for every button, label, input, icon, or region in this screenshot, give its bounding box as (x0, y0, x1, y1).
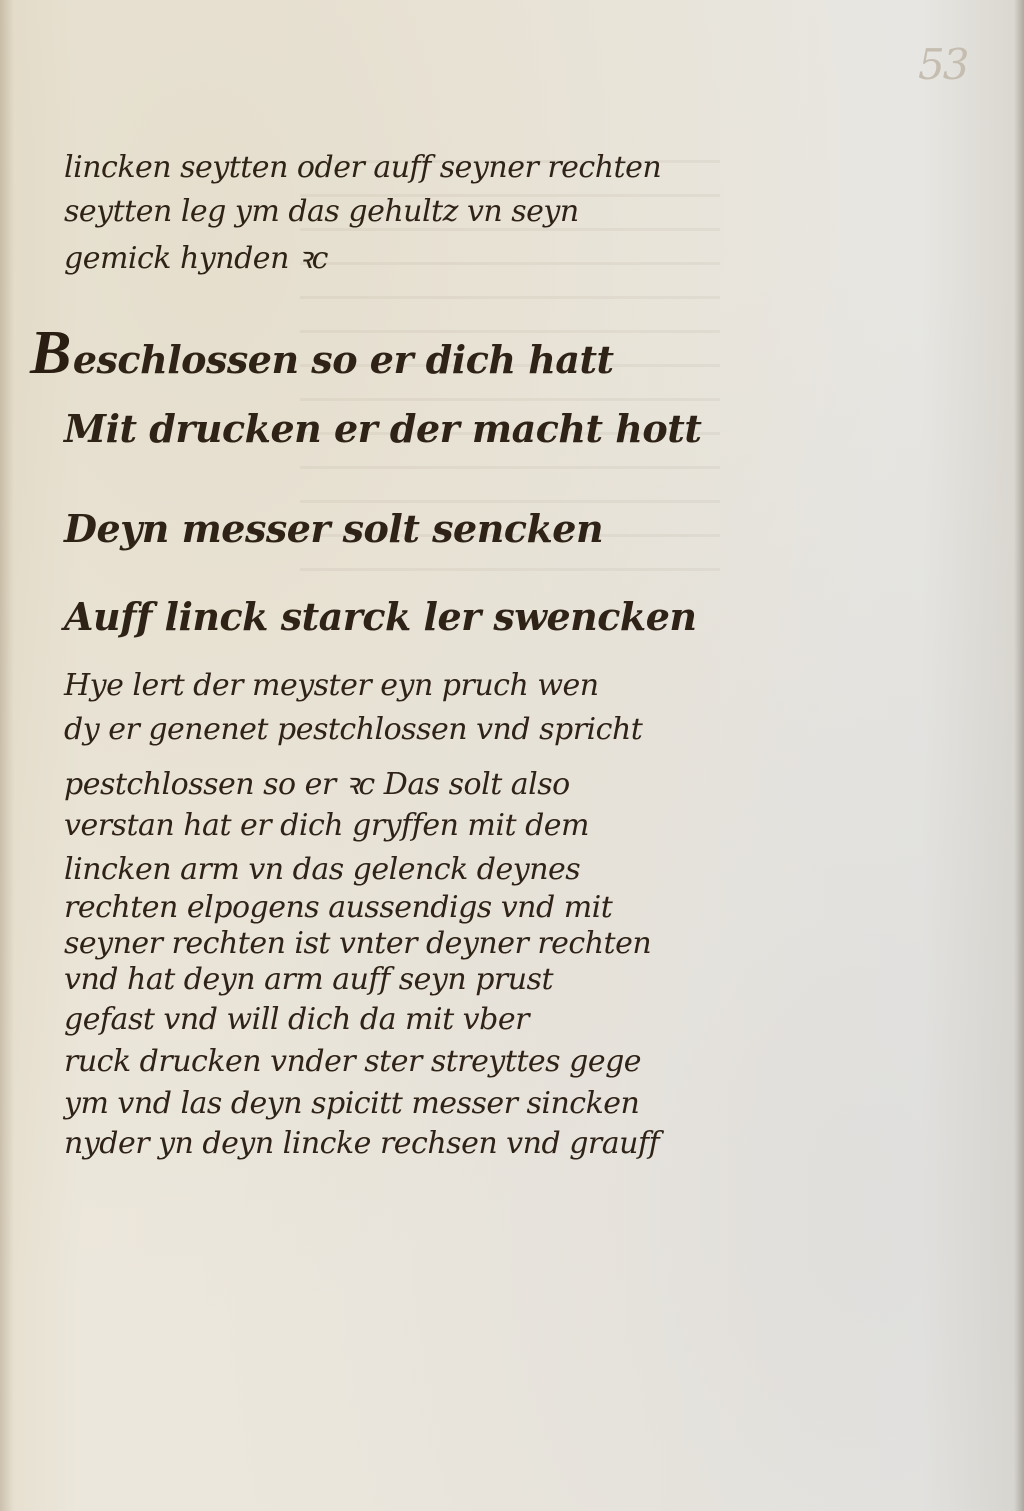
gloss-line: verstan hat er dich gryffen mit dem (64, 808, 589, 843)
gloss-line: ym vnd las deyn spicitt messer sincken (64, 1086, 639, 1121)
gloss-line: nyder yn deyn lincke rechsen vnd grauff (64, 1126, 659, 1161)
verse-line: Auff linck starck ler swencken (64, 594, 697, 639)
verse-text: eschlossen so er dich hatt (73, 337, 614, 382)
verse-line: Mit drucken er der macht hott (64, 406, 701, 451)
gloss-line: pestchlossen so er ꝛc Das solt also (64, 762, 570, 803)
manuscript-page: 53 lincken seytten oder auff seyner rech… (0, 0, 1024, 1511)
text-line: seytten leg ym das gehultz vn seyn (64, 194, 579, 229)
verse-line: Beschlossen so er dich hatt (30, 318, 614, 389)
folio-number: 53 (918, 40, 967, 89)
gloss-line: Hye lert der meyster eyn pruch wen (64, 668, 599, 703)
verse-line: Deyn messer solt sencken (64, 506, 603, 551)
gloss-line: dy er genenet pestchlossen vnd spricht (64, 712, 642, 747)
gloss-line: ruck drucken vnder ster streyttes gege (64, 1044, 641, 1079)
text-line: gemick hynden ꝛc (64, 236, 328, 277)
gloss-line: vnd hat deyn arm auff seyn prust (64, 962, 553, 997)
decorated-initial: B (30, 319, 71, 387)
text-line: lincken seytten oder auff seyner rechten (64, 150, 661, 185)
page-edge-shadow (1014, 0, 1024, 1511)
gutter-shadow (0, 0, 14, 1511)
gloss-line: lincken arm vn das gelenck deynes (64, 852, 580, 887)
gloss-line: rechten elpogens aussendigs vnd mit (64, 890, 612, 925)
gloss-line: gefast vnd will dich da mit vber (64, 1002, 529, 1037)
gloss-line: seyner rechten ist vnter deyner rechten (64, 926, 651, 961)
